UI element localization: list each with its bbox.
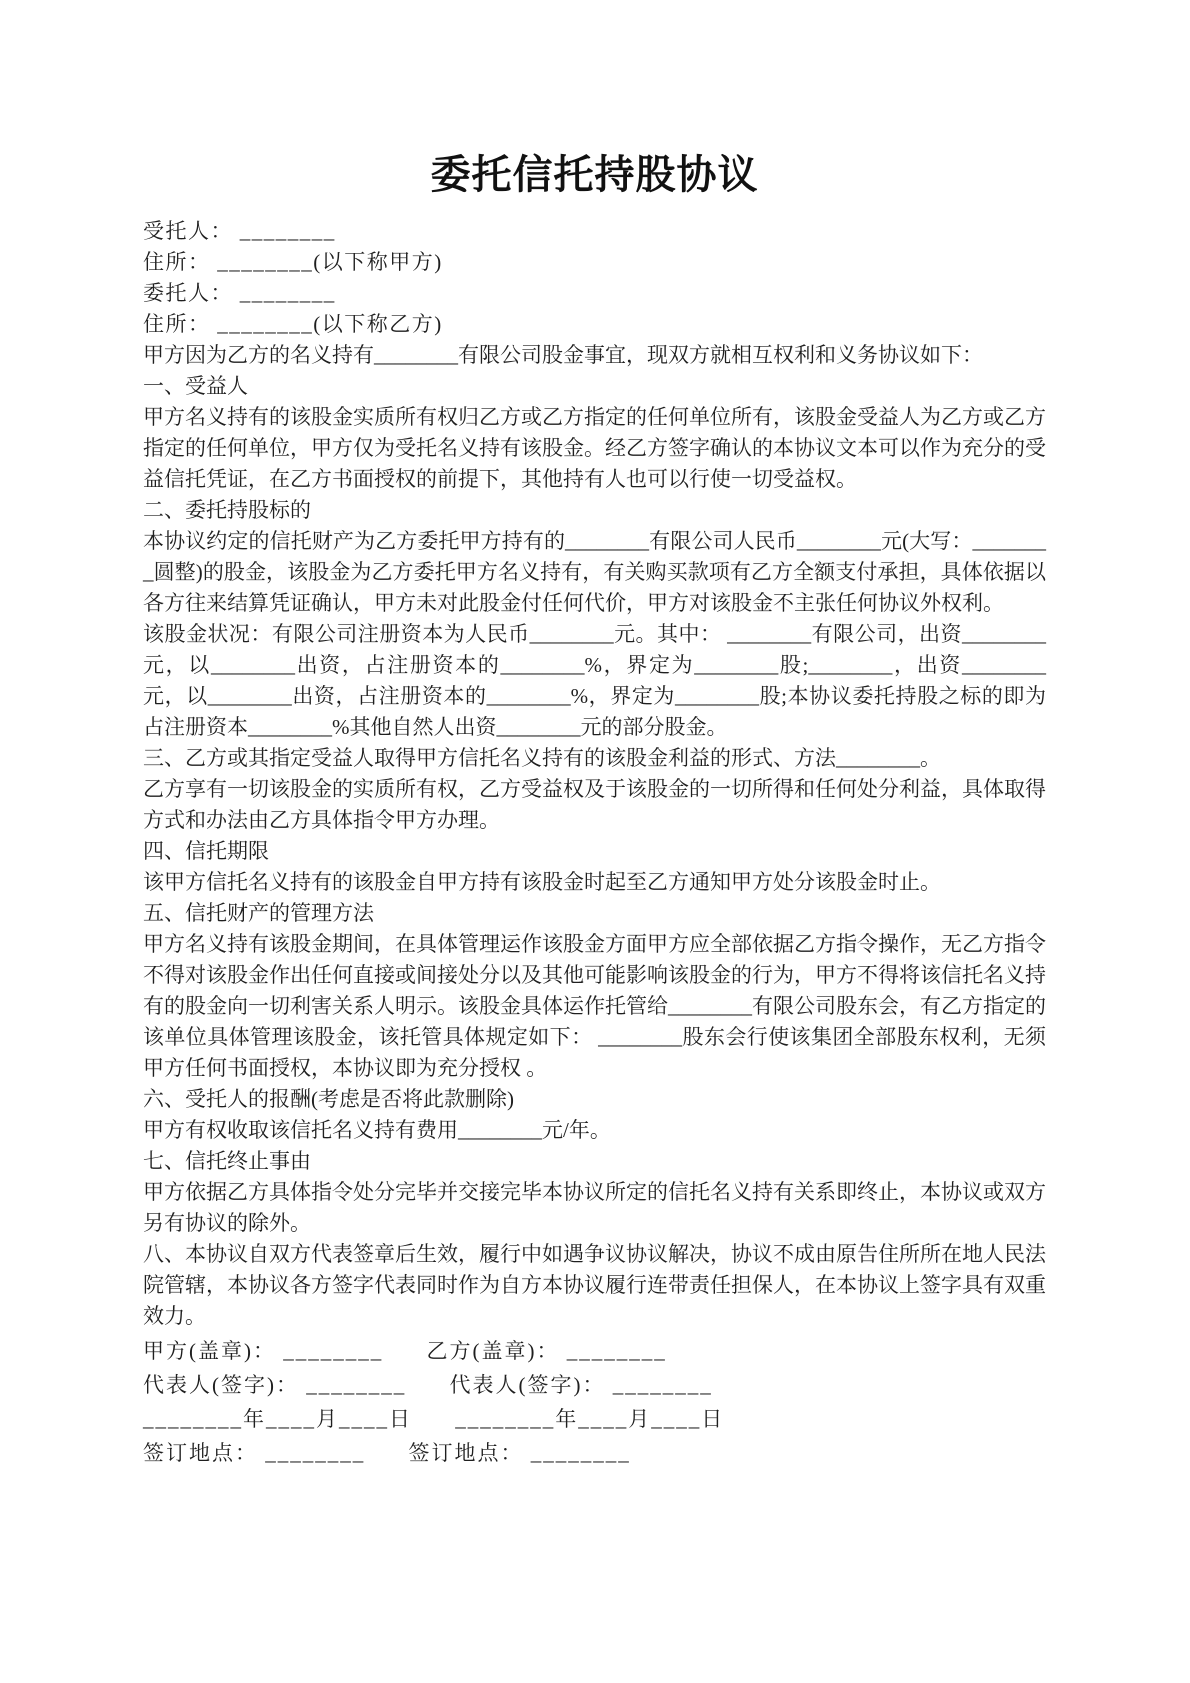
party-b-representative-field: 代表人(签字)： ________ <box>450 1368 713 1402</box>
intro-paragraph: 甲方因为乙方的名义持有________有限公司股金事宜，现双方就相互权利和义务协… <box>143 340 1046 371</box>
section-3-heading-line: 三、乙方或其指定受益人取得甲方信托名义持有的该股金利益的形式、方法_______… <box>143 743 1046 774</box>
section-2-capital-status: 该股金状况：有限公司注册资本为人民币________元。其中： ________… <box>143 619 1046 743</box>
section-1-body: 甲方名义持有的该股金实质所有权归乙方或乙方指定的任何单位所有，该股金受益人为乙方… <box>143 402 1046 495</box>
party-a-representative-field: 代表人(签字)： ________ <box>143 1368 406 1402</box>
section-6-body: 甲方有权收取该信托名义持有费用________元/年。 <box>143 1115 1046 1146</box>
section-7-body: 甲方依据乙方具体指令处分完毕并交接完毕本协议所定的信托名义持有关系即终止，本协议… <box>143 1177 1046 1239</box>
party-b-date-field: ________年____月____日 <box>455 1402 724 1436</box>
party-b-signing-place-field: 签订地点： ________ <box>409 1436 631 1470</box>
signature-block: 甲方(盖章)： ________ 乙方(盖章)： ________ 代表人(签字… <box>143 1334 1046 1470</box>
field-address-a: 住所： ________(以下称甲方) <box>143 247 1046 278</box>
signature-row-seal: 甲方(盖章)： ________ 乙方(盖章)： ________ <box>143 1334 1046 1368</box>
party-a-signing-place-field: 签订地点： ________ <box>143 1436 365 1470</box>
signature-row-representative: 代表人(签字)： ________ 代表人(签字)： ________ <box>143 1368 1046 1402</box>
section-4-body: 该甲方信托名义持有的该股金自甲方持有该股金时起至乙方通知甲方处分该股金时止。 <box>143 867 1046 898</box>
party-b-seal-field: 乙方(盖章)： ________ <box>427 1334 667 1368</box>
section-2-body: 本协议约定的信托财产为乙方委托甲方持有的________有限公司人民币_____… <box>143 526 1046 619</box>
party-a-seal-field: 甲方(盖章)： ________ <box>143 1334 383 1368</box>
section-4-heading: 四、信托期限 <box>143 836 1046 867</box>
section-5-heading: 五、信托财产的管理方法 <box>143 898 1046 929</box>
party-a-date-field: ________年____月____日 <box>143 1402 412 1436</box>
field-principal: 委托人： ________ <box>143 278 1046 309</box>
signature-row-date: ________年____月____日 ________年____月____日 <box>143 1402 1046 1436</box>
section-1-heading: 一、受益人 <box>143 371 1046 402</box>
section-5-body: 甲方名义持有该股金期间，在具体管理运作该股金方面甲方应全部依据乙方指令操作，无乙… <box>143 929 1046 1084</box>
section-3-body: 乙方享有一切该股金的实质所有权，乙方受益权及于该股金的一切所得和任何处分利益，具… <box>143 774 1046 836</box>
section-6-heading: 六、受托人的报酬(考虑是否将此款删除) <box>143 1084 1046 1115</box>
document-title: 委托信托持股协议 <box>143 150 1046 200</box>
section-2-heading: 二、委托持股标的 <box>143 495 1046 526</box>
document-page: 委托信托持股协议 受托人： ________ 住所： ________(以下称甲… <box>0 0 1190 1683</box>
section-7-heading: 七、信托终止事由 <box>143 1146 1046 1177</box>
field-address-b: 住所： ________(以下称乙方) <box>143 309 1046 340</box>
section-8-paragraph: 八、本协议自双方代表签章后生效，履行中如遇争议协议解决，协议不成由原告住所所在地… <box>143 1239 1046 1332</box>
signature-row-place: 签订地点： ________ 签订地点： ________ <box>143 1436 1046 1470</box>
field-trustee: 受托人： ________ <box>143 216 1046 247</box>
